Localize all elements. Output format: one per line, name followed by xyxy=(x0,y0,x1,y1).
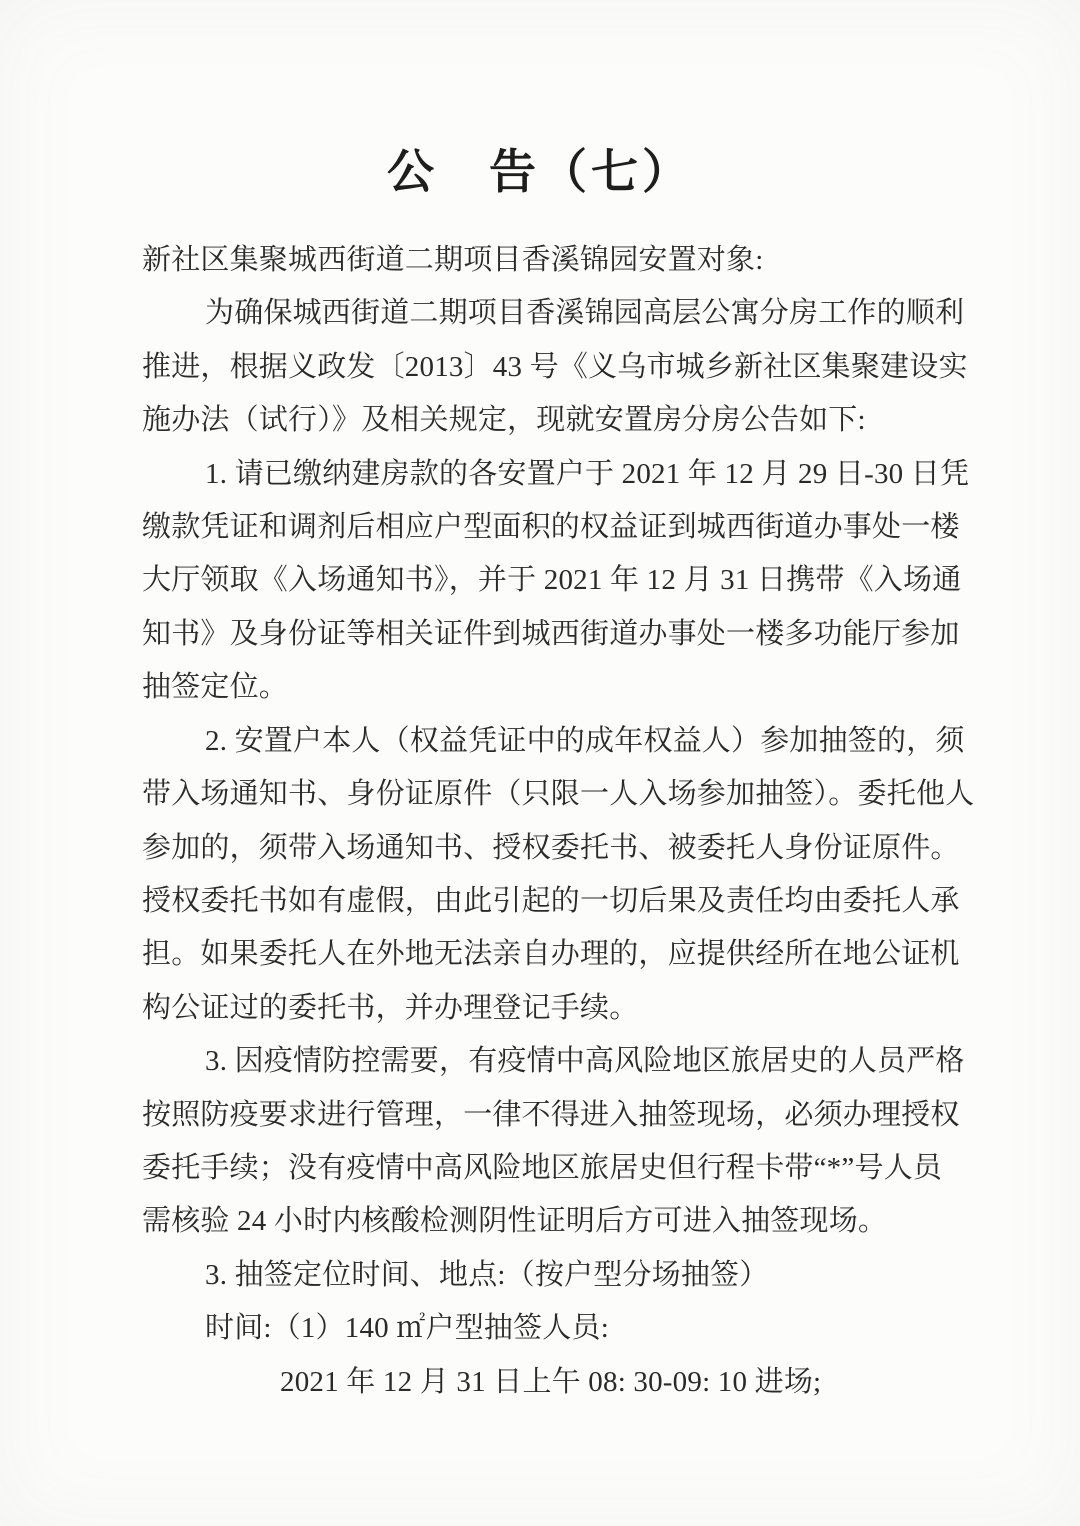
text-line: 3. 抽签定位时间、地点:（按户型分场抽签） xyxy=(142,1249,982,1302)
text-line: 委托手续；没有疫情中高风险地区旅居史但行程卡带“*”号人员 xyxy=(142,1142,982,1195)
text-line: 2021 年 12 月 31 日上午 08: 30-09: 10 进场; xyxy=(142,1356,982,1409)
text-line: 时间:（1）140 ㎡户型抽签人员: xyxy=(142,1302,982,1355)
text-line: 缴款凭证和调剂后相应户型面积的权益证到城西街道办事处一楼 xyxy=(142,501,982,554)
text-line: 参加的，须带入场通知书、授权委托书、被委托人身份证原件。 xyxy=(142,822,982,875)
text-line: 需核验 24 小时内核酸检测阴性证明后方可进入抽签现场。 xyxy=(142,1195,982,1248)
paragraph: 3. 因疫情防控需要，有疫情中高风险地区旅居史的人员严格按照防疫要求进行管理，一… xyxy=(142,1035,982,1249)
text-line: 施办法（试行）》及相关规定，现就安置房分房公告如下: xyxy=(142,394,982,447)
text-line: 大厅领取《入场通知书》，并于 2021 年 12 月 31 日携带《入场通 xyxy=(142,554,982,607)
text-line: 3. 因疫情防控需要，有疫情中高风险地区旅居史的人员严格 xyxy=(142,1035,982,1088)
text-line: 授权委托书如有虚假，由此引起的一切后果及责任均由委托人承 xyxy=(142,875,982,928)
document-body: 新社区集聚城西街道二期项目香溪锦园安置对象:为确保城西街道二期项目香溪锦园高层公… xyxy=(142,234,982,1409)
paragraph: 新社区集聚城西街道二期项目香溪锦园安置对象: xyxy=(142,234,982,287)
text-line: 带入场通知书、身份证原件（只限一人入场参加抽签）。委托他人 xyxy=(142,768,982,821)
paragraph: 2021 年 12 月 31 日上午 08: 30-09: 10 进场; xyxy=(142,1356,982,1409)
text-line: 新社区集聚城西街道二期项目香溪锦园安置对象: xyxy=(142,234,982,287)
text-line: 为确保城西街道二期项目香溪锦园高层公寓分房工作的顺利 xyxy=(142,287,982,340)
text-line: 抽签定位。 xyxy=(142,661,982,714)
paragraph: 2. 安置户本人（权益凭证中的成年权益人）参加抽签的，须带入场通知书、身份证原件… xyxy=(142,715,982,1035)
announcement-page: 公 告（七） 新社区集聚城西街道二期项目香溪锦园安置对象:为确保城西街道二期项目… xyxy=(0,0,1080,1526)
text-line: 按照防疫要求进行管理，一律不得进入抽签现场，必须办理授权 xyxy=(142,1089,982,1142)
paragraph: 为确保城西街道二期项目香溪锦园高层公寓分房工作的顺利推进，根据义政发〔2013〕… xyxy=(142,287,982,447)
text-line: 担。如果委托人在外地无法亲自办理的，应提供经所在地公证机 xyxy=(142,928,982,981)
text-line: 推进，根据义政发〔2013〕43 号《义乌市城乡新社区集聚建设实 xyxy=(142,341,982,394)
text-line: 2. 安置户本人（权益凭证中的成年权益人）参加抽签的，须 xyxy=(142,715,982,768)
text-line: 构公证过的委托书，并办理登记手续。 xyxy=(142,982,982,1035)
paragraph: 3. 抽签定位时间、地点:（按户型分场抽签） xyxy=(142,1249,982,1302)
paragraph: 1. 请已缴纳建房款的各安置户于 2021 年 12 月 29 日-30 日凭缴… xyxy=(142,448,982,715)
text-line: 知书》及身份证等相关证件到城西街道办事处一楼多功能厅参加 xyxy=(142,608,982,661)
paragraph: 时间:（1）140 ㎡户型抽签人员: xyxy=(142,1302,982,1355)
text-line: 1. 请已缴纳建房款的各安置户于 2021 年 12 月 29 日-30 日凭 xyxy=(142,448,982,501)
page-title: 公 告（七） xyxy=(0,0,1080,200)
